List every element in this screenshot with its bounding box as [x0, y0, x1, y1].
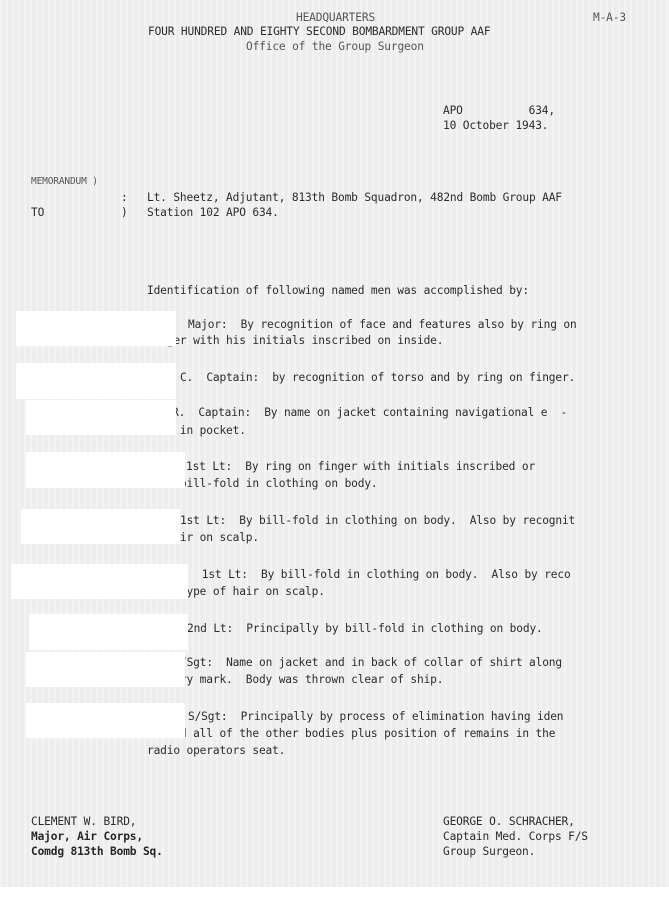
entry-8-line1: /Sgt: Name on jacket and in back of coll… — [180, 656, 562, 670]
memo-recipient-line2: Station 102 APO 634. — [147, 206, 279, 220]
entry-9-line3: radio operators seat. — [147, 744, 285, 758]
header-group-name: FOUR HUNDRED AND EIGHTY SECOND BOMBARDME… — [148, 25, 490, 39]
memorandum-label: MEMORANDUM ) — [31, 175, 98, 189]
header-office: Office of the Group Surgeon — [246, 40, 424, 54]
entry-9-line1: S/Sgt: Principally by process of elimina… — [188, 710, 563, 724]
redaction-box-6 — [11, 564, 188, 599]
entry-4-line1: 1st Lt: By ring on finger with initials … — [186, 460, 535, 474]
redaction-box-8 — [26, 652, 185, 687]
entry-7-line1: 2nd Lt: Principally by bill-fold in clot… — [187, 622, 543, 636]
entry-5-line1: 1st Lt: By bill-fold in clothing on body… — [180, 514, 575, 528]
redaction-box-9 — [26, 703, 185, 738]
header-headquarters: HEADQUARTERS — [296, 11, 375, 25]
signature-left-rank: Major, Air Corps, — [31, 830, 143, 844]
entry-9-line2: tified all of the other bodies plus posi… — [147, 727, 555, 741]
signature-right-title: Group Surgeon. — [443, 845, 535, 859]
signature-left-name: CLEMENT W. BIRD, — [31, 815, 136, 829]
signature-left-title: Comdg 813th Bomb Sq. — [31, 845, 163, 859]
reference-code: M-A-3 — [593, 11, 626, 25]
entry-3-line1: R. Captain: By name on jacket containing… — [172, 406, 567, 420]
redaction-box-2 — [16, 363, 176, 399]
memo-paren: ) — [121, 206, 128, 220]
entry-1-line2: finger with his initials inscribed on in… — [147, 334, 443, 348]
redaction-box-5 — [21, 509, 180, 544]
entry-6-line1: . 1st Lt: By bill-fold in clothing on bo… — [182, 568, 571, 582]
redaction-box-1 — [16, 311, 176, 346]
redaction-box-3 — [26, 400, 176, 435]
apo-location: APO 634, — [443, 104, 555, 118]
intro-text: Identification of following named men wa… — [147, 284, 529, 298]
signature-right-rank: Captain Med. Corps F/S — [443, 830, 588, 844]
redaction-box-7 — [29, 614, 188, 650]
memo-recipient-line1: Lt. Sheetz, Adjutant, 813th Bomb Squadro… — [147, 191, 562, 205]
scanned-memo-page: HEADQUARTERS M-A-3 FOUR HUNDRED AND EIGH… — [0, 0, 669, 887]
to-label: TO — [31, 206, 44, 220]
redaction-box-4 — [26, 452, 185, 488]
entry-1-line1: Major: By recognition of face and featur… — [188, 318, 577, 332]
entry-2-line1: C. Captain: by recognition of torso and … — [180, 371, 575, 385]
signature-right-name: GEORGE O. SCHRACHER, — [443, 815, 575, 829]
entry-8-line2: laundry mark. Body was thrown clear of s… — [147, 673, 443, 687]
memo-date: 10 October 1943. — [443, 119, 548, 133]
memo-colon: : — [121, 191, 128, 205]
